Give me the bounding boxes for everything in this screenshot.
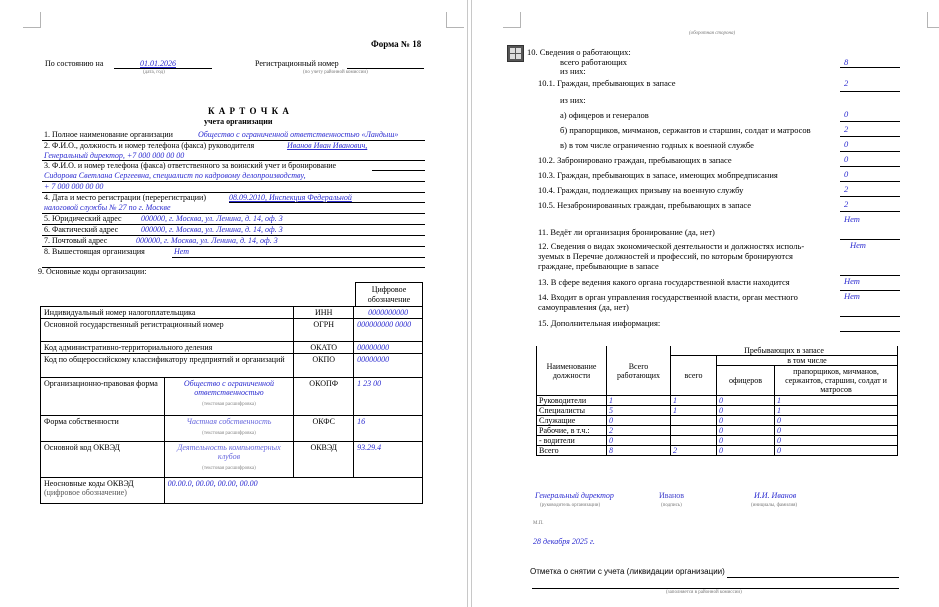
as-of-date[interactable]: 01.01.2026	[140, 59, 176, 68]
card-title: К А Р Т О Ч К А	[208, 106, 290, 116]
table-select-icon[interactable]	[507, 45, 524, 62]
table-row: Руководители1101	[537, 396, 898, 406]
signer-position[interactable]: Генеральный директор	[535, 491, 614, 500]
cell-ncos[interactable]: 0	[775, 446, 898, 456]
reg-number-hint: (по учету районной комиссии)	[303, 70, 368, 75]
table-row: Код по общероссийскому классификатору пр…	[41, 354, 423, 378]
removal-hint: (заполняется в районной комиссии)	[666, 590, 742, 595]
cell-total[interactable]: 2	[607, 426, 671, 436]
cell-ncos[interactable]: 1	[775, 406, 898, 416]
value-q14[interactable]: Нет	[844, 291, 860, 301]
page-front: Форма № 18 По состоянию на 01.01.2026 (д…	[0, 0, 467, 607]
field-head-name[interactable]: Иванов Иван Иванович,	[287, 141, 367, 150]
value-reserve[interactable]: 2	[844, 78, 848, 88]
field-org-name[interactable]: Общество с ограниченной ответственностью…	[198, 130, 398, 139]
section10-title: 10. Сведения о работающих:	[527, 47, 631, 57]
value-ncos[interactable]: 2	[844, 124, 848, 134]
okved-decode[interactable]: Деятельность компьютерных клубов	[177, 443, 280, 461]
field-responsible-phone[interactable]: + 7 000 000 00 00	[44, 182, 103, 191]
field-label: 7. Почтовый адрес	[44, 236, 107, 245]
field-label: 8. Вышестоящая организация	[44, 247, 145, 256]
cell-position: Специалисты	[537, 406, 607, 416]
cell-reserve[interactable]	[671, 436, 717, 446]
row-label: в) в том числе ограниченно годных к воен…	[560, 140, 754, 150]
cell-officers[interactable]: 0	[717, 426, 775, 436]
table-row: Основной государственный регистрационный…	[41, 319, 423, 342]
cell-position: Рабочие, в т.ч.:	[537, 426, 607, 436]
cell-reserve[interactable]	[671, 426, 717, 436]
employees-table: Наименование должности Всего работающих …	[536, 346, 898, 456]
field-parent-org[interactable]: Нет	[174, 247, 189, 256]
cell-reserve[interactable]: 2	[671, 446, 717, 456]
row-label: а) офицеров и генералов	[560, 110, 649, 120]
cell-officers[interactable]: 0	[717, 436, 775, 446]
field-label: 6. Фактический адрес	[44, 225, 118, 234]
cell-ncos[interactable]: 0	[775, 436, 898, 446]
cell-total[interactable]: 0	[607, 436, 671, 446]
q13-label: 13. В сфере ведения какого органа госуда…	[538, 277, 790, 287]
value-limited-fit[interactable]: 0	[844, 139, 848, 149]
cell-officers[interactable]: 0	[717, 446, 775, 456]
cell-position: Всего	[537, 446, 607, 456]
table-row: Основной код ОКВЭД Деятельность компьюте…	[41, 442, 423, 478]
cell-total[interactable]: 8	[607, 446, 671, 456]
secondary-okved[interactable]: 00.00.0, 00.00, 00.00, 00.00	[164, 478, 422, 504]
table-row: Рабочие, в т.ч.:200	[537, 426, 898, 436]
as-of-hint: (дата, год)	[143, 70, 165, 75]
table-row: Индивидуальный номер налогоплательщика И…	[41, 307, 423, 319]
q14-line1: 14. Входит в орган управления государств…	[538, 292, 798, 302]
row-label: из них:	[560, 95, 586, 105]
cell-ncos[interactable]: 0	[775, 426, 898, 436]
field-label: 1. Полное наименование организации	[44, 130, 173, 139]
q12-line2: зуемых в Перечне должностей и профессий,…	[538, 251, 793, 261]
value-officers[interactable]: 0	[844, 109, 848, 119]
field-postal-address[interactable]: 000000, г. Москва, ул. Ленина, д. 14, оф…	[136, 236, 278, 245]
field-label: 2. Ф.И.О., должность и номер телефона (ф…	[44, 141, 254, 150]
crop-mark	[23, 12, 41, 28]
signer-signature[interactable]: Иванов	[659, 491, 684, 500]
row-label: 10.5. Незабронированных граждан, пребыва…	[538, 200, 751, 210]
cell-reserve[interactable]: 1	[671, 396, 717, 406]
value-conscription[interactable]: 2	[844, 184, 848, 194]
field-legal-address[interactable]: 000000, г. Москва, ул. Ленина, д. 14, оф…	[141, 214, 283, 223]
card-subtitle: учета организации	[204, 117, 272, 126]
field-actual-address[interactable]: 000000, г. Москва, ул. Ленина, д. 14, оф…	[141, 225, 283, 234]
q15-label: 15. Дополнительная информация:	[538, 318, 660, 328]
signer-name[interactable]: И.И. Иванов	[754, 491, 796, 500]
cell-position: - водители	[537, 436, 607, 446]
row-label: 10.3. Граждан, пребывающих в запасе, име…	[538, 170, 778, 180]
value-unreserved[interactable]: 2	[844, 199, 848, 209]
crop-mark	[503, 12, 521, 28]
codes-title: 9. Основные коды организации:	[38, 267, 146, 276]
table-row: Код административно-территориального дел…	[41, 342, 423, 354]
q11-label: 11. Ведёт ли организация бронирование (д…	[538, 227, 715, 237]
crop-mark	[927, 12, 939, 28]
cell-officers[interactable]: 0	[717, 406, 775, 416]
cell-ncos[interactable]: 1	[775, 396, 898, 406]
cell-position: Служащие	[537, 416, 607, 426]
value-mob-orders[interactable]: 0	[844, 169, 848, 179]
stamp-mark: М.П.	[533, 521, 544, 526]
codes-header: Цифровое обозначение	[355, 282, 423, 307]
cell-total[interactable]: 0	[607, 416, 671, 426]
side-note: (оборотная сторона)	[689, 31, 735, 36]
cell-officers[interactable]: 0	[717, 416, 775, 426]
field-registration-place[interactable]: налоговой службы № 27 по г. Москве	[44, 203, 171, 212]
cell-reserve[interactable]	[671, 416, 717, 426]
row-label: 10.1. Граждан, пребывающих в запасе	[538, 78, 676, 88]
form-number: Форма № 18	[371, 39, 421, 49]
table-row: - водители000	[537, 436, 898, 446]
field-head-position[interactable]: Генеральный директор, +7 000 000 00 00	[44, 151, 184, 160]
table-row: Служащие000	[537, 416, 898, 426]
cell-officers[interactable]: 0	[717, 396, 775, 406]
removal-label: Отметка о снятии с учета (ликвидации орг…	[530, 567, 725, 576]
field-label: 4. Дата и место регистрации (перерегистр…	[44, 193, 206, 202]
value-q13[interactable]: Нет	[844, 276, 860, 286]
crop-mark	[446, 12, 464, 28]
field-label: 3. Ф.И.О. и номер телефона (факса) ответ…	[44, 161, 336, 170]
field-label: 5. Юридический адрес	[44, 214, 122, 223]
value-q11[interactable]: Нет	[844, 214, 860, 224]
row-label: из них:	[560, 66, 586, 76]
row-label: 10.4. Граждан, подлежащих призыву на вое…	[538, 185, 743, 195]
table-row: Организационно-правовая форма Общество с…	[41, 378, 423, 416]
okopf-decode[interactable]: Общество с ограниченной ответственностью	[184, 379, 274, 397]
cell-position: Руководители	[537, 396, 607, 406]
cell-total[interactable]: 1	[607, 396, 671, 406]
row-label: б) прапорщиков, мичманов, сержантов и ст…	[560, 125, 811, 135]
table-row: Специалисты5101	[537, 406, 898, 416]
field-registration[interactable]: 08.09.2010, Инспекция Федеральной	[229, 193, 352, 202]
table-row: Форма собственности Частная собственност…	[41, 416, 423, 442]
as-of-label: По состоянию на	[45, 59, 103, 68]
table-row: Всего8200	[537, 446, 898, 456]
value-q12[interactable]: Нет	[850, 240, 866, 250]
sign-date[interactable]: 28 декабря 2025 г.	[533, 537, 595, 546]
q12-line3: граждане, пребывающие в запасе	[538, 261, 659, 271]
field-responsible-name[interactable]: Сидорова Светлана Сергеевна, специалист …	[44, 171, 306, 180]
q14-line2: самоуправления (да, нет)	[538, 302, 629, 312]
table-row: Неосновные коды ОКВЭД(цифровое обозначен…	[41, 478, 423, 504]
value-reserved[interactable]: 0	[844, 154, 848, 164]
cell-reserve[interactable]: 1	[671, 406, 717, 416]
codes-table: Индивидуальный номер налогоплательщика И…	[40, 306, 423, 504]
q12-line1: 12. Сведения о видах экономической деяте…	[538, 241, 804, 251]
row-label: 10.2. Забронировано граждан, пребывающих…	[538, 155, 732, 165]
cell-total[interactable]: 5	[607, 406, 671, 416]
reg-number-label: Регистрационный номер	[255, 59, 339, 68]
value-total-employees[interactable]: 8	[844, 57, 848, 67]
okfs-decode[interactable]: Частная собственность	[186, 417, 271, 426]
cell-ncos[interactable]: 0	[775, 416, 898, 426]
